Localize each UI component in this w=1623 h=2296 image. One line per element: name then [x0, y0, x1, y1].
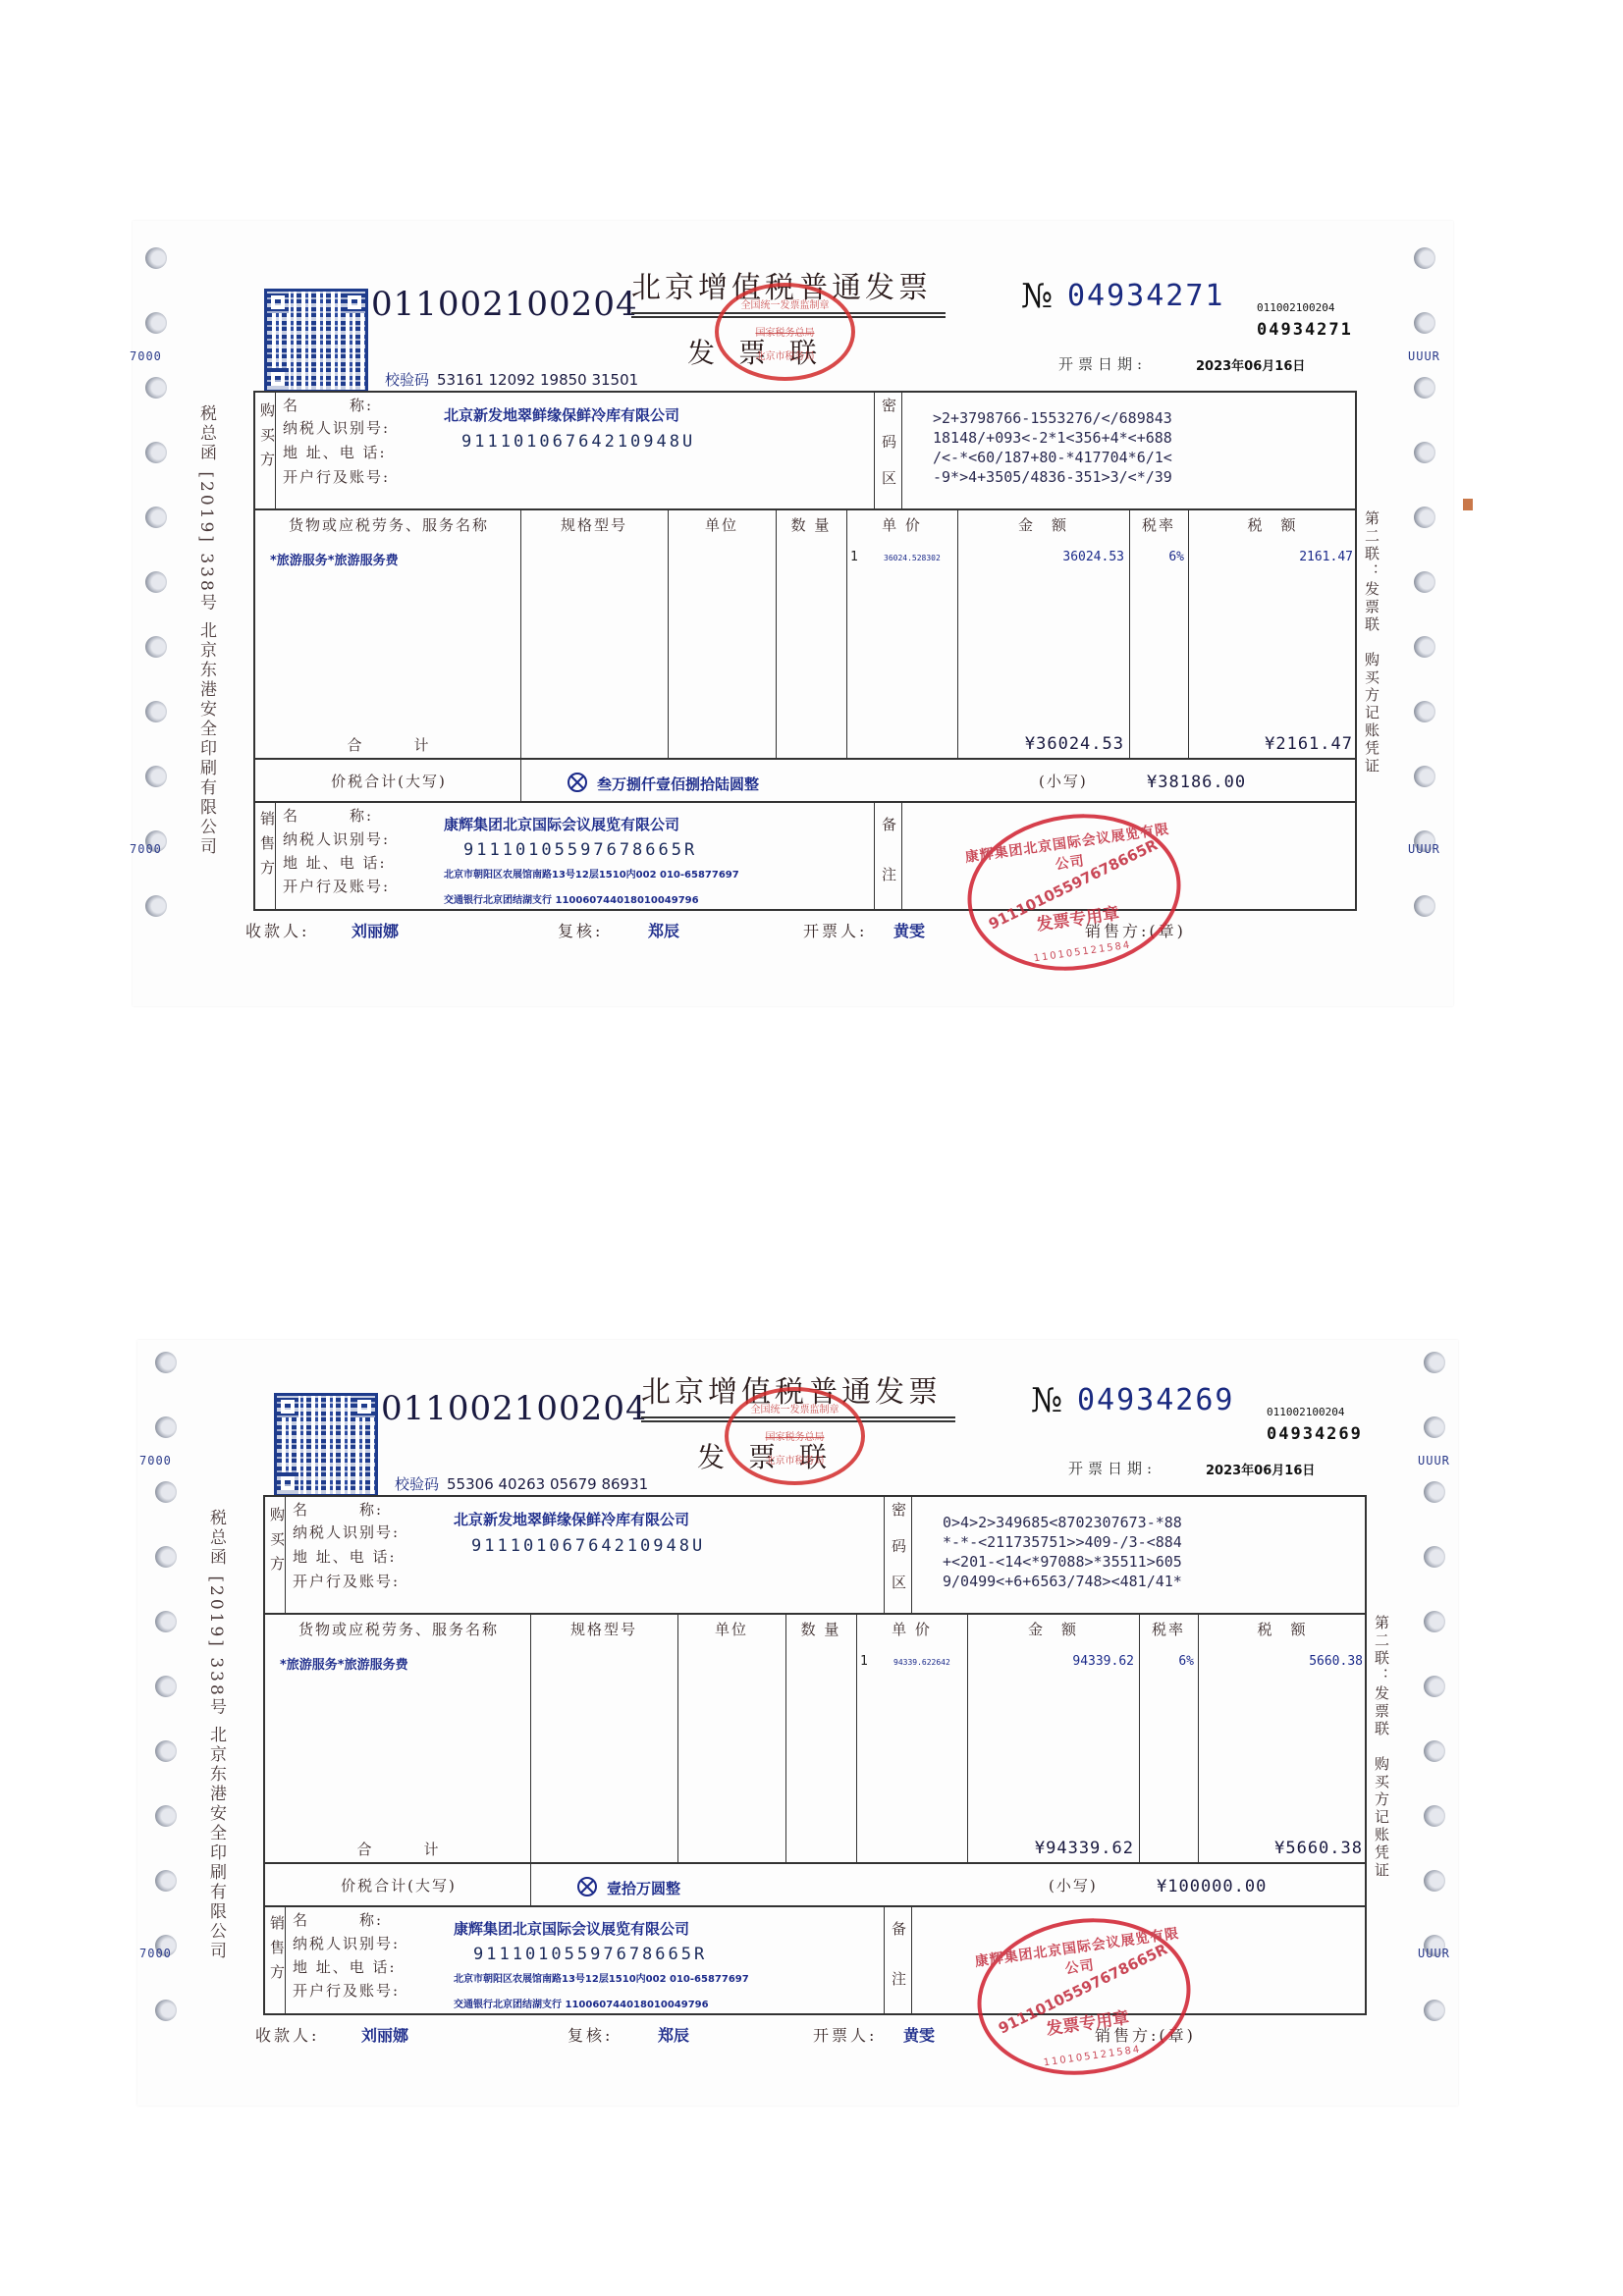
- feed-hole-left: [155, 1416, 177, 1438]
- feed-hole-left: [155, 2000, 177, 2021]
- buyer-address-label: 地 址、电 话:: [293, 1546, 397, 1567]
- invoice-table-frame: [263, 1495, 1367, 2015]
- subtotal-label: 合 计: [267, 1839, 530, 1859]
- feed-hole-left: [155, 1676, 177, 1697]
- seller-tax-id: 91110105597678665R: [473, 1945, 707, 1964]
- tax-authority-seal: 全国统一发票监制章国家税务总局北京市税务局: [725, 1387, 865, 1485]
- issue-date: 2023年06月16日: [1206, 1460, 1315, 1478]
- cipher-line: >2+3798766-1553276/</689843: [933, 408, 1172, 428]
- total-in-words-text: 叁万捌仟壹佰捌拾陆圆整: [597, 775, 759, 793]
- column-header: 金 额: [957, 514, 1129, 535]
- item-quantity: 1: [850, 550, 858, 564]
- buyer-bank-label: 开户行及账号:: [293, 1571, 400, 1591]
- cipher-area-label: 密码区: [889, 1502, 909, 1611]
- feed-hole-left: [145, 766, 167, 787]
- subtotal-bottom-line: [253, 758, 1357, 760]
- feed-hole-left: [155, 1546, 177, 1568]
- seller-name-label: 名 称:: [293, 1909, 383, 1930]
- column-divider: [1198, 1613, 1199, 1862]
- copy-note: 第二联：发票联 购买方记账凭证: [1362, 510, 1382, 775]
- total-label-divider: [520, 758, 521, 801]
- cipher-area-label: 密码区: [879, 398, 899, 507]
- cipher-left-divider: [874, 391, 875, 508]
- column-header: 货物或应税劳务、服务名称: [257, 514, 520, 535]
- payee-name: 刘丽娜: [361, 2023, 408, 2046]
- feed-mark-right: UUUR: [1418, 1454, 1450, 1468]
- feed-hole-left: [155, 1805, 177, 1827]
- feed-hole-left: [145, 442, 167, 463]
- buyer-side-label: 购买方: [257, 402, 278, 476]
- check-code-label: 校验码: [395, 1475, 439, 1493]
- column-divider: [776, 508, 777, 758]
- tax-seal-bottom: 北京市税务局: [719, 347, 851, 362]
- buyer-tax-id-label: 纳税人识别号:: [293, 1522, 400, 1542]
- edge-mark: [1463, 499, 1473, 510]
- item-amount: 94339.62: [972, 1654, 1134, 1669]
- invoice-code: 011002100204: [381, 1389, 648, 1428]
- feed-hole-right: [1414, 571, 1435, 593]
- issue-date: 2023年06月16日: [1196, 355, 1305, 374]
- copy-note: 第二联：发票联 购买方记账凭证: [1372, 1615, 1392, 1880]
- feed-hole-right: [1424, 1546, 1445, 1568]
- issuer-name: 黄雯: [903, 2023, 935, 2046]
- qr-finder-icon: [267, 368, 289, 390]
- seller-name: 康辉集团北京国际会议展览有限公司: [444, 814, 679, 834]
- tax-seal-middle: 国家税务总局: [719, 324, 851, 339]
- total-label-divider: [530, 1862, 531, 1905]
- issue-date-label: 开票日期:: [1068, 1458, 1157, 1478]
- column-header: 金 额: [967, 1619, 1139, 1639]
- feed-hole-left: [145, 571, 167, 593]
- cipher-line: *-*-<211735751>>409-/3-<884: [943, 1532, 1182, 1552]
- item-unit-price: 94339.622642: [893, 1658, 950, 1667]
- buyer-name: 北京新发地翠鲜缘保鲜冷库有限公司: [454, 1509, 689, 1529]
- issuer-label: 开票人:: [813, 2023, 877, 2046]
- feed-hole-right: [1424, 1611, 1445, 1632]
- buyer-bottom-line: [253, 508, 1357, 510]
- seller-name-label: 名 称:: [283, 805, 373, 826]
- item-tax: 5660.38: [1198, 1654, 1363, 1669]
- payee-label: 收款人:: [255, 2023, 319, 2046]
- feed-hole-left: [145, 312, 167, 334]
- column-header: 税率: [1129, 514, 1188, 535]
- cipher-text: >2+3798766-1553276/</68984318148/+093<-2…: [933, 408, 1172, 487]
- subtotal-tax: ¥5660.38: [1198, 1839, 1363, 1858]
- total-in-words-text: 壹拾万圆整: [607, 1880, 680, 1897]
- total-in-words-label: 价税合计(大写): [257, 771, 520, 791]
- feed-hole-left: [145, 247, 167, 269]
- buyer-name-label: 名 称:: [293, 1499, 383, 1520]
- buyer-name: 北京新发地翠鲜缘保鲜冷库有限公司: [444, 404, 679, 425]
- payee-name: 刘丽娜: [352, 919, 399, 941]
- subtotal-tax: ¥2161.47: [1188, 734, 1353, 754]
- seller-bank-label: 开户行及账号:: [293, 1980, 400, 2001]
- cipher-label-divider: [901, 391, 902, 508]
- buyer-tax-id: 91110106764210948U: [461, 432, 695, 452]
- tax-seal-top: 全国统一发票监制章: [729, 1401, 861, 1415]
- payee-label: 收款人:: [245, 919, 309, 941]
- cipher-label-divider: [911, 1495, 912, 1613]
- seller-bank-label: 开户行及账号:: [283, 876, 390, 896]
- feed-hole-right: [1414, 895, 1435, 917]
- feed-hole-right: [1414, 766, 1435, 787]
- feed-hole-right: [1414, 442, 1435, 463]
- issuer-label: 开票人:: [803, 919, 867, 941]
- feed-hole-right: [1414, 312, 1435, 334]
- check-code-value: 55306 40263 05679 86931: [447, 1475, 648, 1493]
- total-small-label: (小写): [1049, 1875, 1098, 1896]
- small-invoice-code: 011002100204: [1257, 301, 1334, 314]
- item-amount: 36024.53: [962, 550, 1124, 564]
- feed-hole-right: [1424, 1416, 1445, 1438]
- cipher-text: 0>4>2>349685<8702307673-*88*-*-<21173575…: [943, 1513, 1182, 1591]
- item-name: *旅游服务*旅游服务费: [270, 550, 399, 568]
- seller-bank: 交通银行北京团结湖支行 110060744018010049796: [444, 891, 699, 906]
- feed-hole-right: [1424, 2000, 1445, 2021]
- issuer-name: 黄雯: [893, 919, 925, 941]
- seller-tax-id-label: 纳税人识别号:: [283, 828, 390, 849]
- total-bottom-line: [253, 801, 1357, 803]
- reviewer-name: 郑辰: [648, 919, 679, 941]
- cipher-line: -9*>4+3505/4836-351>3/<*/39: [933, 467, 1172, 487]
- total-bottom-line: [263, 1905, 1367, 1907]
- feed-hole-right: [1424, 1740, 1445, 1762]
- buyer-bank-label: 开户行及账号:: [283, 466, 390, 487]
- seller-tax-id-label: 纳税人识别号:: [293, 1933, 400, 1953]
- buyer-name-label: 名 称:: [283, 395, 373, 415]
- feed-mark-left-lower: 7000: [130, 842, 162, 856]
- seller-address: 北京市朝阳区农展馆南路13号12层1510内002 010-65877697: [444, 866, 739, 881]
- invoice-number: 04934271: [1067, 279, 1225, 313]
- cipher-line: +<201-<14<*97088>*35511>605: [943, 1552, 1182, 1572]
- seal-label: 发票专用章: [974, 890, 1181, 943]
- small-invoice-code: 011002100204: [1267, 1406, 1344, 1418]
- subtotal-bottom-line: [263, 1862, 1367, 1864]
- column-header: 税率: [1139, 1619, 1198, 1639]
- column-divider: [785, 1613, 786, 1862]
- seller-address-label: 地 址、电 话:: [293, 1956, 397, 1977]
- column-header: 税 额: [1198, 1619, 1367, 1639]
- remark-label-divider: [911, 1905, 912, 2015]
- tax-seal-top: 全国统一发票监制章: [719, 296, 851, 311]
- invoice-number: 04934269: [1077, 1383, 1235, 1417]
- column-header: 税 额: [1188, 514, 1357, 535]
- seller-name: 康辉集团北京国际会议展览有限公司: [454, 1918, 689, 1939]
- tax-seal-middle: 国家税务总局: [729, 1428, 861, 1443]
- reviewer-label: 复核:: [558, 919, 603, 941]
- feed-hole-left: [145, 895, 167, 917]
- column-header: 单 价: [856, 1619, 967, 1639]
- buyer-tax-id: 91110106764210948U: [471, 1536, 705, 1556]
- cipher-line: 9/0499<+6+6563/748><481/41*: [943, 1572, 1182, 1591]
- remark-left-divider: [874, 801, 875, 911]
- cipher-left-divider: [884, 1495, 885, 1613]
- seller-bank: 交通银行北京团结湖支行 110060744018010049796: [454, 1996, 709, 2010]
- column-header: 规格型号: [520, 514, 668, 535]
- invoice-table-frame: [253, 391, 1357, 911]
- feed-hole-right: [1424, 1676, 1445, 1697]
- check-code-value: 53161 12092 19850 31501: [437, 371, 638, 389]
- feed-mark-left-lower: 7000: [139, 1947, 172, 1960]
- qr-code: [277, 1396, 375, 1494]
- reviewer-label: 复核:: [568, 2023, 613, 2046]
- feed-mark-right-lower: UUUR: [1408, 842, 1440, 856]
- subtotal-amount: ¥94339.62: [972, 1839, 1134, 1858]
- printer-note: 税总函 [2019] 338号 北京东港安全印刷有限公司: [204, 1509, 229, 1961]
- item-unit-price: 36024.528302: [884, 554, 941, 562]
- buyer-tax-id-label: 纳税人识别号:: [283, 417, 390, 438]
- item-name: *旅游服务*旅游服务费: [280, 1654, 408, 1673]
- qr-code: [267, 292, 365, 390]
- feed-hole-left: [145, 701, 167, 722]
- column-divider: [846, 508, 847, 758]
- cipher-line: 0>4>2>349685<8702307673-*88: [943, 1513, 1182, 1532]
- feed-hole-right: [1414, 701, 1435, 722]
- total-small-label: (小写): [1039, 771, 1088, 791]
- seller-side-label: 销售方: [267, 1915, 288, 1989]
- feed-hole-left: [155, 1352, 177, 1373]
- column-divider: [677, 1613, 678, 1862]
- feed-mark-right-lower: UUUR: [1418, 1947, 1450, 1960]
- small-invoice-number: 04934269: [1267, 1424, 1363, 1444]
- column-divider: [856, 1613, 857, 1862]
- column-divider: [520, 508, 521, 758]
- remark-label: 备注: [889, 1921, 909, 2021]
- seller-tax-id: 91110105597678665R: [463, 840, 697, 860]
- seller-address: 北京市朝阳区农展馆南路13号12层1510内002 010-65877697: [454, 1970, 749, 1985]
- remark-label-divider: [901, 801, 902, 911]
- column-divider: [1188, 508, 1189, 758]
- cipher-line: /<-*<60/187+80-*417704*6/1<: [933, 448, 1172, 467]
- feed-hole-right: [1414, 507, 1435, 528]
- subtotal-amount: ¥36024.53: [962, 734, 1124, 754]
- tax-seal-bottom: 北京市税务局: [729, 1452, 861, 1467]
- reviewer-name: 郑辰: [658, 2023, 689, 2046]
- column-divider: [1129, 508, 1130, 758]
- column-header: 单 价: [846, 514, 957, 535]
- small-invoice-number: 04934271: [1257, 320, 1353, 340]
- remark-left-divider: [884, 1905, 885, 2015]
- qr-finder-icon: [277, 1396, 298, 1417]
- qr-finder-icon: [344, 292, 365, 313]
- feed-hole-left: [155, 1870, 177, 1892]
- feed-hole-right: [1424, 1352, 1445, 1373]
- feed-hole-right: [1424, 1481, 1445, 1503]
- feed-hole-left: [145, 507, 167, 528]
- column-header: 货物或应税劳务、服务名称: [267, 1619, 530, 1639]
- feed-hole-right: [1414, 247, 1435, 269]
- cipher-line: 18148/+093<-2*1<356+4*<+688: [933, 428, 1172, 448]
- column-divider: [530, 1613, 531, 1862]
- remark-label: 备注: [879, 817, 899, 917]
- feed-hole-left: [155, 1740, 177, 1762]
- column-divider: [957, 508, 958, 758]
- feed-hole-left: [145, 636, 167, 658]
- buyer-address-label: 地 址、电 话:: [283, 442, 387, 462]
- feed-mark-left: 7000: [130, 349, 162, 363]
- item-tax-rate: 6%: [1139, 1654, 1194, 1669]
- total-in-words-label: 价税合计(大写): [267, 1875, 530, 1896]
- column-header: 数 量: [785, 1619, 856, 1639]
- column-divider: [1139, 1613, 1140, 1862]
- feed-hole-right: [1414, 377, 1435, 399]
- cross-circle-icon: [568, 773, 587, 792]
- seller-side-label: 销售方: [257, 811, 278, 884]
- column-divider: [668, 508, 669, 758]
- seller-address-label: 地 址、电 话:: [283, 852, 387, 873]
- feed-mark-right: UUUR: [1408, 349, 1440, 363]
- total-in-words: 壹拾万圆整: [577, 1877, 680, 1898]
- feed-hole-right: [1414, 636, 1435, 658]
- printer-note: 税总函 [2019] 338号 北京东港安全印刷有限公司: [194, 404, 219, 857]
- buyer-side-label: 购买方: [267, 1507, 288, 1580]
- tax-authority-seal: 全国统一发票监制章国家税务总局北京市税务局: [715, 283, 855, 381]
- feed-hole-left: [155, 1611, 177, 1632]
- item-tax-rate: 6%: [1129, 550, 1184, 564]
- qr-finder-icon: [353, 1396, 375, 1417]
- qr-finder-icon: [267, 292, 289, 313]
- feed-hole-right: [1424, 1805, 1445, 1827]
- issue-date-label: 开票日期:: [1058, 353, 1147, 374]
- buyer-bottom-line: [263, 1613, 1367, 1615]
- invoice-number-label: №: [1021, 277, 1053, 316]
- check-code: 校验码53161 12092 19850 31501: [385, 369, 638, 390]
- column-header: 单位: [677, 1619, 785, 1639]
- item-tax: 2161.47: [1188, 550, 1353, 564]
- column-header: 单位: [668, 514, 776, 535]
- feed-hole-right: [1424, 1870, 1445, 1892]
- invoice-code: 011002100204: [371, 285, 638, 324]
- check-code-label: 校验码: [385, 371, 429, 389]
- subtotal-label: 合 计: [257, 734, 520, 755]
- column-header: 数 量: [776, 514, 846, 535]
- total-in-words: 叁万捌仟壹佰捌拾陆圆整: [568, 773, 759, 794]
- feed-hole-left: [145, 377, 167, 399]
- feed-mark-left: 7000: [139, 1454, 172, 1468]
- column-header: 规格型号: [530, 1619, 677, 1639]
- check-code: 校验码55306 40263 05679 86931: [395, 1473, 648, 1494]
- feed-hole-left: [155, 1481, 177, 1503]
- total-small: ¥38186.00: [1147, 773, 1246, 792]
- cross-circle-icon: [577, 1877, 597, 1896]
- total-small: ¥100000.00: [1157, 1877, 1267, 1896]
- item-quantity: 1: [860, 1654, 868, 1669]
- qr-finder-icon: [277, 1472, 298, 1494]
- invoice-number-label: №: [1031, 1381, 1062, 1420]
- seal-label: 发票专用章: [984, 1995, 1191, 2048]
- column-divider: [967, 1613, 968, 1862]
